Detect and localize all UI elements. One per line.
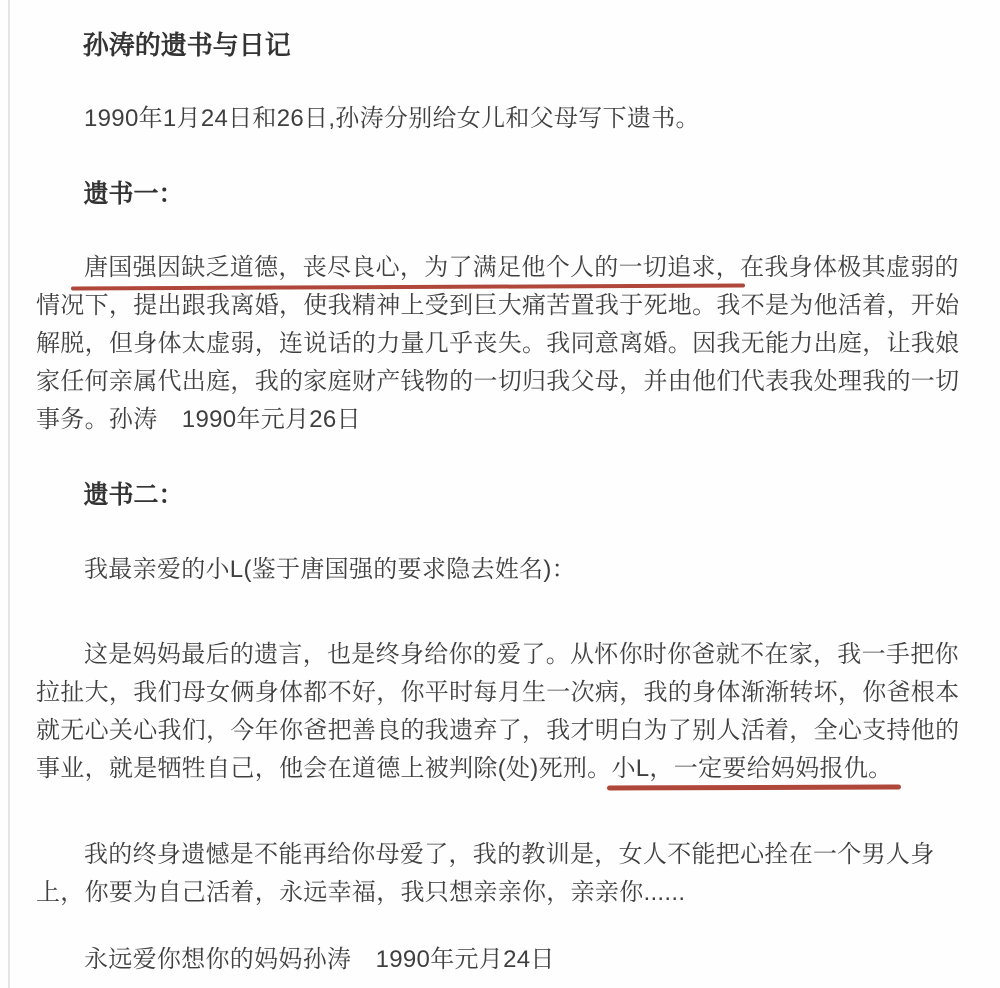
letter1-line4: 家任何亲属代出庭，我的家庭财产钱物的一切归我父母，并由他们代表我处理我的一切: [36, 363, 970, 401]
letter2-p2-line1: 我的终身遗憾是不能再给你母爱了，我的教训是，女人不能把心拴在一个男人身: [36, 836, 970, 874]
letter2-p1-line3: 就无心关心我们，今年你爸把善良的我遗弃了，我才明白为了别人活着，全心支持他的: [36, 712, 970, 750]
article-page: 孙涛的遗书与日记 1990年1月24日和26日,孙涛分别给女儿和父母写下遗书。 …: [0, 0, 1000, 988]
letter1-line1: 唐国强因缺乏道德，丧尽良心，为了满足他个人的一切追求，在我身体极其虚弱的: [36, 249, 970, 287]
letter2-p1-line2: 拉扯大，我们母女俩身体都不好，你平时每月生一次病，我的身体渐渐转坏，你爸根本: [36, 674, 970, 712]
article-title: 孙涛的遗书与日记: [36, 26, 970, 64]
red-underlined-text: 唐国强因缺乏道德，丧尽良心，为了满足他个人的一切追求，: [84, 254, 740, 281]
letter2-salutation: 我最亲爱的小L(鉴于唐国强的要求隐去姓名)：: [36, 551, 970, 589]
letter2-p2-line2: 上，你要为自己活着，永远幸福，我只想亲亲你，亲亲你......: [36, 874, 970, 912]
letter1-line1-rest: 在我身体极其虚弱的: [740, 254, 959, 281]
letter1-signature-line: 事务。孙涛 1990年元月26日: [36, 401, 970, 439]
intro-paragraph: 1990年1月24日和26日,孙涛分别给女儿和父母写下遗书。: [36, 100, 970, 138]
letter1-body: 唐国强因缺乏道德，丧尽良心，为了满足他个人的一切追求，在我身体极其虚弱的 情况下…: [36, 249, 970, 439]
letter2-paragraph2: 我的终身遗憾是不能再给你母爱了，我的教训是，女人不能把心拴在一个男人身 上，你要…: [36, 836, 970, 912]
letter1-line3: 解脱，但身体太虚弱，连说话的力量几乎丧失。我同意离婚。因我无能力出庭，让我娘: [36, 325, 970, 363]
red-underlined-text: 小L，一定要给妈妈报仇。: [611, 755, 892, 782]
letter1-line2: 情况下，提出跟我离婚，使我精神上受到巨大痛苦置我于死地。我不是为他活着，开始: [36, 287, 970, 325]
letter2-signature: 永远爱你想你的妈妈孙涛 1990年元月24日: [36, 941, 970, 979]
letter2-p1-line1: 这是妈妈最后的遗言，也是终身给你的爱了。从怀你时你爸就不在家，我一手把你: [36, 636, 970, 674]
article-content: 孙涛的遗书与日记 1990年1月24日和26日,孙涛分别给女儿和父母写下遗书。 …: [0, 0, 1000, 979]
letter2-paragraph1: 这是妈妈最后的遗言，也是终身给你的爱了。从怀你时你爸就不在家，我一手把你 拉扯大…: [36, 636, 970, 788]
letter2-heading: 遗书二：: [36, 476, 970, 514]
letter2-p1-line4: 事业，就是牺牲自己，他会在道德上被判除(处)死刑。小L，一定要给妈妈报仇。: [36, 750, 970, 788]
letter1-heading: 遗书一：: [36, 175, 970, 213]
letter2-p1-line4-prefix: 事业，就是牺牲自己，他会在道德上被判除(处)死刑。: [36, 755, 611, 782]
